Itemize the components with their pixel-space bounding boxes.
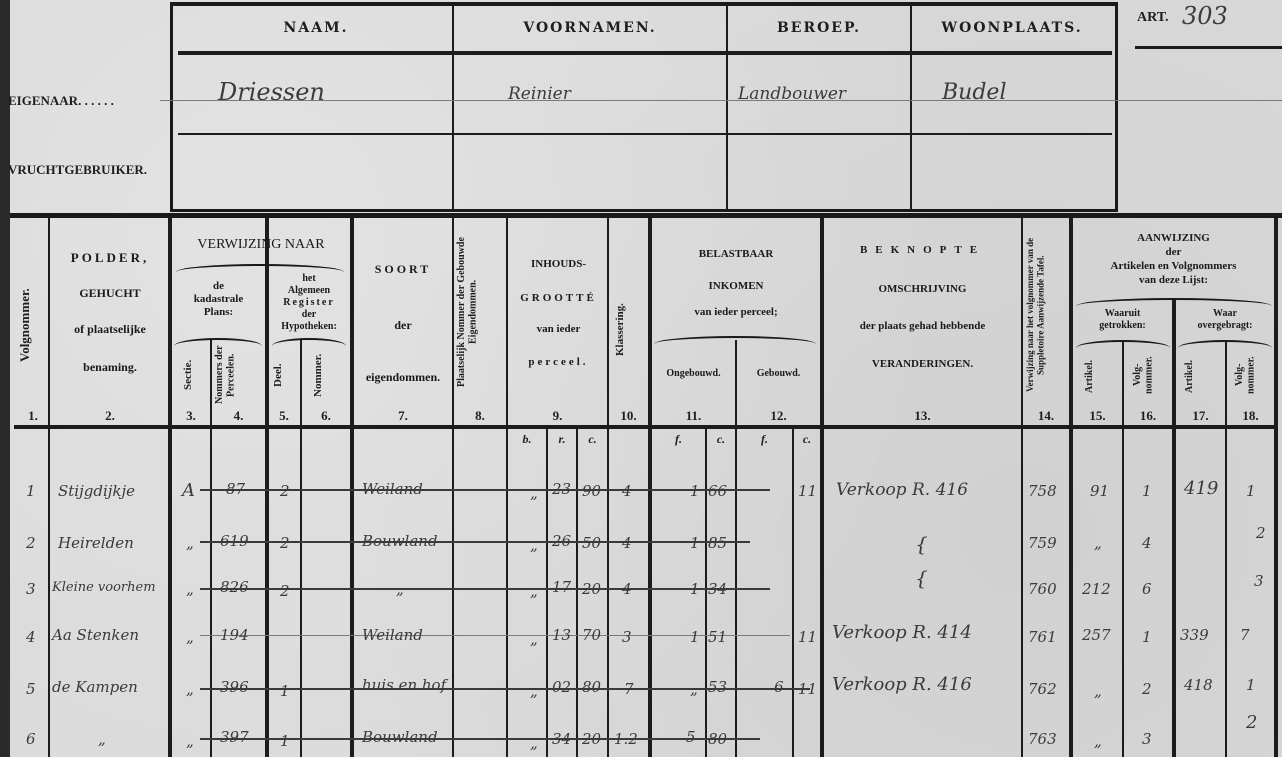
- ditto-brace: {: [915, 532, 928, 556]
- hdr-inkomen: INKOMEN: [652, 280, 820, 294]
- colnum-3: 3.: [172, 408, 210, 424]
- owner-voornamen: Reinier: [508, 84, 571, 104]
- row1-b: „: [530, 484, 538, 502]
- owner-woonplaats: Budel: [942, 80, 1006, 105]
- hdr-hyp-2: Register: [268, 297, 350, 309]
- hdr-perceel: perceel.: [510, 356, 607, 370]
- hdr-hyp-4: Hypotheken:: [268, 321, 350, 333]
- col-line: [1069, 218, 1073, 757]
- row1-perceel: 87: [226, 480, 245, 498]
- col-line: [607, 218, 609, 757]
- colnum-13: 13.: [824, 408, 1021, 424]
- col-line: [648, 218, 652, 757]
- row4-ong-c: 51: [708, 628, 727, 646]
- hdr-gebouwd: Gebouwd.: [737, 368, 820, 381]
- label-eigenaar: EIGENAAR. . . . . .: [8, 93, 114, 109]
- colnum-4: 4.: [212, 408, 265, 424]
- header-voornamen: VOORNAMEN.: [454, 20, 726, 36]
- header-bottom-rule: [14, 425, 1278, 429]
- hdr-volgnommer-16: Volg-nommer.: [1132, 345, 1166, 405]
- row4-geb-c: 11: [798, 628, 817, 646]
- col-line: [1274, 218, 1278, 757]
- colnum-6: 6.: [302, 408, 350, 424]
- hdr-artikelen: Artikelen en Volgnommers: [1073, 260, 1274, 274]
- col-line: [792, 428, 794, 757]
- row3-w-art: 212: [1082, 580, 1111, 598]
- col-line: [350, 218, 354, 757]
- row6-sectie: „: [186, 732, 194, 750]
- unit-c-geb: c.: [794, 432, 820, 447]
- colnum-14: 14.: [1023, 408, 1069, 424]
- article-label: ART.: [1137, 10, 1169, 26]
- col-line: [735, 340, 737, 757]
- row3-ong-f: 1: [690, 580, 700, 598]
- row2-deel: 2: [280, 534, 290, 552]
- colnum-16: 16.: [1124, 408, 1172, 424]
- row5-ong-f: „: [690, 680, 698, 698]
- row2-w-volg: 4: [1142, 534, 1152, 552]
- hdr-artikel-17: Artikel.: [1184, 348, 1214, 404]
- colnum-18: 18.: [1227, 408, 1274, 424]
- row5-suppl: 762: [1028, 680, 1057, 698]
- row4-c: 70: [582, 626, 601, 644]
- hdr-benaming: benaming.: [52, 360, 168, 375]
- row6-volgnr: 6: [26, 730, 36, 748]
- hdr-omschrijving: OMSCHRIJVING: [824, 283, 1021, 297]
- row3-w-volg: 6: [1142, 580, 1152, 598]
- header-rule: [178, 51, 1112, 55]
- unit-c: c.: [578, 432, 607, 447]
- hdr-inhouds: INHOUDS-: [510, 258, 607, 272]
- col-line: [576, 428, 578, 757]
- row6-ong-c: 80: [708, 730, 727, 748]
- row1-ong-c: 66: [708, 482, 727, 500]
- row5-geb-c: 11: [798, 680, 817, 698]
- row6-perceel: 397: [220, 728, 249, 746]
- divider: [452, 6, 454, 212]
- cadastral-ledger-page: EIGENAAR. . . . . . VRUCHTGEBRUIKER. NAA…: [0, 0, 1282, 757]
- row4-volgnr: 4: [26, 628, 36, 646]
- row6-suppl: 763: [1028, 730, 1057, 748]
- col-line: [1122, 340, 1124, 757]
- row2-r: 26: [552, 532, 571, 550]
- hdr-kadastrale-1: kadastrale: [172, 293, 265, 307]
- hdr-gehucht: GEHUCHT: [52, 286, 168, 301]
- row2-o-volg: 2: [1256, 524, 1266, 542]
- ditto-brace: {: [915, 566, 928, 590]
- row1-c: 90: [582, 482, 601, 500]
- hdr-beknopte: BEKNOPTE: [824, 244, 1021, 258]
- row3-soort: „: [396, 580, 404, 598]
- hdr-van-ieder: van ieder: [510, 323, 607, 337]
- row1-geb-c: 11: [798, 482, 817, 500]
- row4-perceel: 194: [220, 626, 249, 644]
- hdr-nommer: Nommer.: [312, 345, 334, 405]
- hdr-hyp-0: het: [268, 273, 350, 285]
- row4-klasse: 3: [622, 628, 632, 646]
- row2-volgnr: 2: [26, 534, 36, 552]
- row4-o-art: 339: [1180, 626, 1209, 644]
- unit-b: b.: [508, 432, 546, 447]
- row5-benaming: de Kampen: [52, 678, 138, 696]
- row6-o-volg: 2: [1246, 712, 1257, 733]
- row2-c: 50: [582, 534, 601, 552]
- row1-klasse: 4: [622, 482, 632, 500]
- label-vruchtgebruiker: VRUCHTGEBRUIKER.: [8, 162, 147, 178]
- row2-soort: Bouwland: [362, 532, 438, 550]
- row4-b: „: [530, 630, 538, 648]
- article-rule: [1135, 46, 1282, 49]
- row2-klasse: 4: [622, 534, 632, 552]
- row3-suppl: 760: [1028, 580, 1057, 598]
- row5-o-volg: 1: [1246, 676, 1256, 694]
- colnum-1: 1.: [18, 408, 48, 424]
- row2-perceel: 619: [220, 532, 249, 550]
- col-line: [210, 340, 212, 757]
- unit-c-ong: c.: [707, 432, 735, 447]
- row5-c: 80: [582, 678, 601, 696]
- row4-o-volg: 7: [1240, 626, 1250, 644]
- hdr-verwijzing: VERWIJZING NAAR: [172, 236, 350, 254]
- hdr-van-ieder-perceel: van ieder perceel;: [652, 306, 820, 320]
- row2-ong-c: 85: [708, 534, 727, 552]
- row4-suppl: 761: [1028, 628, 1057, 646]
- col-line: [705, 428, 707, 757]
- row5-w-volg: 2: [1142, 680, 1152, 698]
- row4-w-volg: 1: [1142, 628, 1152, 646]
- row6-ong-f: 5: [686, 728, 696, 746]
- row1-volgnr: 1: [26, 482, 36, 500]
- row4-r: 13: [552, 626, 571, 644]
- row2-suppl: 759: [1028, 534, 1057, 552]
- hdr-aanwijzing-der: der: [1073, 246, 1274, 260]
- row4-sectie: „: [186, 628, 194, 646]
- hdr-polder: POLDER,: [52, 250, 168, 266]
- row4-ong-f: 1: [690, 628, 700, 646]
- header-naam: NAAM.: [180, 20, 452, 36]
- row3-deel: 2: [280, 582, 290, 600]
- row1-sectie: A: [182, 480, 195, 501]
- row3-ong-c: 34: [708, 580, 727, 598]
- row3-klasse: 4: [622, 580, 632, 598]
- hdr-verwijzing-suppletoire: Verwijzing naar het volgnommer van de Su…: [1025, 220, 1069, 410]
- row5-ong-c: 53: [708, 678, 727, 696]
- row3-b: „: [530, 582, 538, 600]
- row1-deel: 2: [280, 482, 290, 500]
- row2-b: „: [530, 536, 538, 554]
- row1-benaming: Stijgdijkje: [58, 482, 135, 500]
- header-beroep: BEROEP.: [728, 20, 910, 36]
- hdr-waar: Waar: [1176, 308, 1274, 321]
- row5-volgnr: 5: [26, 680, 36, 698]
- col-line: [1172, 300, 1176, 757]
- row1-r: 23: [552, 480, 571, 498]
- hdr-der: der: [354, 318, 452, 333]
- hdr-kadastrale-0: de: [172, 280, 265, 294]
- row5-soort: huis en hof: [362, 676, 446, 694]
- row1-o-art: 419: [1184, 478, 1218, 499]
- row5-r: 02: [552, 678, 571, 696]
- row4-soort: Weiland: [362, 626, 423, 644]
- divider: [726, 6, 728, 212]
- row4-omschrijving: Verkoop R. 414: [832, 622, 972, 643]
- hdr-aanwijzing: AANWIJZING: [1073, 232, 1274, 246]
- owner-naam: Driessen: [218, 78, 325, 106]
- row5-sectie: „: [186, 680, 194, 698]
- guide-line: [160, 100, 1282, 101]
- row1-w-volg: 1: [1142, 482, 1152, 500]
- row-rule: [178, 133, 1112, 135]
- row3-benaming: Kleine voorhem: [52, 580, 156, 595]
- hdr-veranderingen: VERANDERINGEN.: [824, 358, 1021, 372]
- row2-ong-f: 1: [690, 534, 700, 552]
- row-guide: [200, 635, 790, 636]
- row1-suppl: 758: [1028, 482, 1057, 500]
- colnum-11: 11.: [652, 408, 735, 424]
- owner-beroep: Landbouwer: [738, 84, 846, 104]
- hdr-plaatselijke: of plaatselijke: [52, 322, 168, 337]
- hdr-eigendommen: eigendommen.: [354, 370, 452, 385]
- row5-w-art: „: [1094, 682, 1102, 700]
- divider: [910, 6, 912, 212]
- row6-w-art: „: [1094, 732, 1102, 750]
- col-line: [48, 218, 50, 757]
- colnum-5: 5.: [268, 408, 300, 424]
- row5-b: „: [530, 682, 538, 700]
- col-line: [506, 218, 508, 757]
- row4-w-art: 257: [1082, 626, 1111, 644]
- row3-c: 20: [582, 580, 601, 598]
- row2-sectie: „: [186, 534, 194, 552]
- colnum-12: 12.: [737, 408, 820, 424]
- header-woonplaats: WOONPLAATS.: [912, 20, 1112, 36]
- row1-o-volg: 1: [1246, 482, 1256, 500]
- row6-w-volg: 3: [1142, 730, 1152, 748]
- row6-benaming: „: [98, 730, 106, 748]
- colnum-8: 8.: [454, 408, 506, 424]
- row6-b: „: [530, 734, 538, 752]
- hdr-deel: Deel.: [272, 345, 294, 405]
- hdr-hyp-1: Algemeen: [268, 285, 350, 297]
- colnum-2: 2.: [52, 408, 168, 424]
- hdr-klassering: Klassering.: [614, 290, 642, 370]
- row4-benaming: Aa Stenken: [52, 626, 139, 644]
- col-line: [452, 218, 454, 757]
- page-binding-edge: [0, 0, 10, 757]
- row5-omschrijving: Verkoop R. 416: [832, 674, 972, 695]
- col-line: [300, 340, 302, 757]
- hdr-hyp-3: der: [268, 309, 350, 321]
- colnum-15: 15.: [1073, 408, 1122, 424]
- col-line: [1225, 340, 1227, 757]
- row6-deel: 1: [280, 732, 290, 750]
- row6-klasse: 1.2: [614, 730, 638, 748]
- article-number: 303: [1182, 2, 1228, 30]
- hdr-artikel-15: Artikel.: [1084, 348, 1114, 404]
- unit-f-geb: f.: [737, 432, 792, 447]
- col-line: [820, 218, 824, 757]
- row3-volgnr: 3: [26, 580, 36, 598]
- hdr-nommers-perceelen: Nommers der Perceelen.: [214, 345, 262, 405]
- colnum-9: 9.: [508, 408, 607, 424]
- row5-o-art: 418: [1184, 676, 1213, 694]
- hdr-getrokken: getrokken:: [1073, 320, 1172, 333]
- hdr-kadastrale-2: Plans:: [172, 306, 265, 320]
- row1-w-art: 91: [1090, 482, 1109, 500]
- hdr-overgebragt: overgebragt:: [1176, 320, 1274, 333]
- colnum-10: 10.: [609, 408, 648, 424]
- row3-perceel: 826: [220, 578, 249, 596]
- unit-r: r.: [548, 432, 576, 447]
- row3-sectie: „: [186, 580, 194, 598]
- row2-w-art: „: [1094, 534, 1102, 552]
- col-line: [1021, 218, 1023, 757]
- row5-klasse: 7: [624, 680, 634, 698]
- row1-omschrijving: Verkoop R. 416: [836, 480, 968, 500]
- col-line: [546, 428, 548, 757]
- hdr-waaruit: Waaruit: [1073, 308, 1172, 321]
- row5-geb-f: 6: [774, 678, 784, 696]
- row1-soort: Weiland: [362, 480, 423, 498]
- hdr-grootte: GROOTTÉ: [510, 292, 607, 306]
- row5-deel: 1: [280, 682, 290, 700]
- hdr-sectie: Sectie.: [182, 345, 204, 405]
- hdr-soort: SOORT: [354, 262, 452, 277]
- colnum-7: 7.: [354, 408, 452, 424]
- row2-benaming: Heirelden: [58, 534, 134, 552]
- row3-o-volg: 3: [1254, 572, 1264, 590]
- row6-c: 20: [582, 730, 601, 748]
- hdr-volgnommer: Volgnommer.: [18, 240, 44, 410]
- unit-f-ong: f.: [652, 432, 705, 447]
- hdr-van-deze-lijst: van deze Lijst:: [1073, 274, 1274, 288]
- hdr-belastbaar: BELASTBAAR: [652, 248, 820, 262]
- row6-soort: Bouwland: [362, 728, 438, 746]
- row5-perceel: 396: [220, 678, 249, 696]
- hdr-plaatselijk-nommer: Plaatselijk Nommer der Gebouwde Eigendom…: [456, 222, 502, 402]
- row6-r: 34: [552, 730, 571, 748]
- row1-ong-f: 1: [690, 482, 700, 500]
- colnum-17: 17.: [1176, 408, 1225, 424]
- row3-r: 17: [552, 578, 571, 596]
- hdr-ongebouwd: Ongebouwd.: [652, 368, 735, 381]
- hdr-plaats-gehad: der plaats gehad hebbende: [824, 320, 1021, 334]
- hdr-volgnommer-18: Volg-nommer.: [1234, 345, 1268, 405]
